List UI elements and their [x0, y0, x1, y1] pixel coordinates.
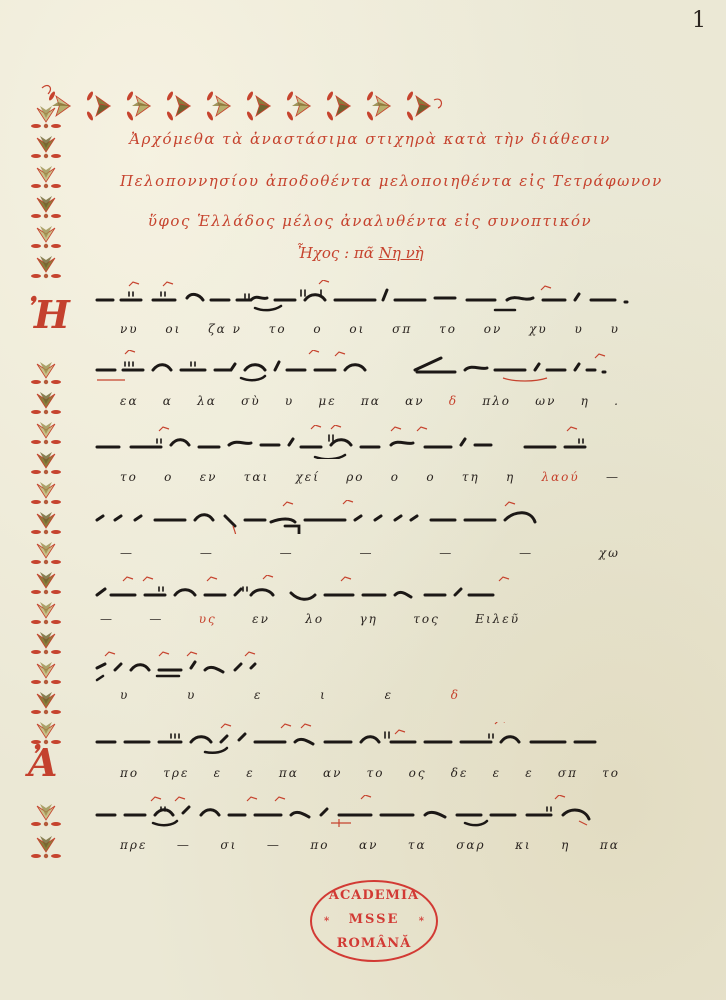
lyric-syllable: τρε [163, 766, 189, 780]
lyric-syllable: — [280, 546, 294, 560]
lyric-syllable: η [581, 394, 590, 408]
lyric-syllable: σπ [392, 322, 412, 336]
neume-line-1 [95, 280, 635, 314]
lyric-syllable: υ [574, 322, 583, 336]
lyric-syllable: — [267, 838, 281, 852]
lyric-syllable: σι [220, 838, 237, 852]
lyric-syllable: ε [385, 688, 393, 702]
echos-mode-line: Ἦχος : πᾶ Νη νὴ [250, 244, 470, 262]
lyric-syllable: ο [313, 322, 322, 336]
stamp-line-2: MSSE [312, 912, 436, 927]
lyrics-line-3: τοοενταιχείροοοτηηλαού— [120, 470, 620, 484]
lyric-syllable: εν [252, 612, 270, 626]
lyric-syllable: ο [391, 470, 400, 484]
lyric-syllable: τη [462, 470, 480, 484]
neume-line-2 [95, 350, 635, 384]
lyric-syllable: — [439, 546, 453, 560]
decorated-initial-2: Ἀ [28, 740, 57, 785]
lyric-syllable: αν [405, 394, 424, 408]
lyric-syllable: ι [320, 688, 327, 702]
library-stamp: ACADEMIA * MSSE * ROMÂNĂ [310, 880, 438, 962]
lyrics-line-2: εααλασὺυμεπαανδπλοωνη. [120, 394, 620, 408]
lyric-syllable: πο [310, 838, 329, 852]
ornamental-top-border [30, 68, 445, 124]
lyric-syllable: Ειλεῦ [475, 612, 520, 626]
lyric-syllable: ε [493, 766, 501, 780]
lyric-syllable: α [163, 394, 173, 408]
folio-number: 1 [692, 8, 706, 33]
lyric-syllable: η [506, 470, 515, 484]
lyric-syllable: αν [359, 838, 378, 852]
lyric-syllable: υ [285, 394, 294, 408]
stamp-line-3: ROMÂNĂ [312, 936, 436, 951]
lyrics-line-5: ——υςενλογητοςΕιλεῦ [100, 612, 520, 626]
lyric-syllable: — [120, 546, 134, 560]
lyric-syllable: δ [451, 688, 460, 702]
lyric-syllable: — [100, 612, 114, 626]
neume-line-5 [95, 575, 635, 609]
manuscript-page: 1 [0, 0, 726, 1000]
lyric-syllable: γη [359, 612, 377, 626]
lyric-syllable: ο [164, 470, 173, 484]
lyric-syllable: ε [525, 766, 533, 780]
lyric-syllable: το [602, 766, 620, 780]
lyric-syllable: χεί [295, 470, 319, 484]
echos-note: Νη νὴ [379, 244, 424, 262]
neume-line-3 [95, 425, 635, 459]
stamp-star-right: * [419, 916, 424, 927]
lyrics-line-1: νυοιζα ντοοοισπτοονχυυυ [120, 322, 620, 336]
echos-label: Ἦχος : [296, 244, 349, 262]
lyric-syllable: ο [426, 470, 435, 484]
lyric-syllable: τα [408, 838, 427, 852]
lyric-syllable: ε [214, 766, 222, 780]
rubric-line-1: Ἀρχόμεθα τὰ ἀναστάσιμα στιχηρὰ κατὰ τὴν … [120, 130, 620, 148]
lyric-syllable: το [269, 322, 287, 336]
lyric-syllable: υ [611, 322, 620, 336]
lyric-syllable: υ [120, 688, 129, 702]
lyric-syllable: ρο [346, 470, 364, 484]
lyric-syllable: το [367, 766, 385, 780]
lyric-syllable: ζα ν [208, 322, 242, 336]
lyric-syllable: οι [165, 322, 181, 336]
lyric-syllable: πλο [482, 394, 511, 408]
lyric-syllable: πα [361, 394, 381, 408]
neume-line-4 [95, 500, 635, 534]
lyric-syllable: δε [451, 766, 469, 780]
lyric-syllable: πρε [120, 838, 147, 852]
lyric-syllable: ον [484, 322, 503, 336]
lyric-syllable: με [318, 394, 336, 408]
lyric-syllable: λα [197, 394, 217, 408]
lyric-syllable: αν [323, 766, 342, 780]
lyric-syllable: λο [305, 612, 324, 626]
lyrics-line-6: υυειεδ [120, 688, 460, 702]
lyric-syllable: ων [535, 394, 556, 408]
lyric-syllable: χυ [529, 322, 548, 336]
lyric-syllable: δ [449, 394, 458, 408]
lyric-syllable: — [177, 838, 191, 852]
lyric-syllable: ται [244, 470, 269, 484]
neume-line-6 [95, 650, 275, 684]
lyric-syllable: ος [409, 766, 427, 780]
lyric-syllable: λαού [541, 470, 579, 484]
lyric-syllable: εν [200, 470, 218, 484]
lyric-syllable: πα [279, 766, 299, 780]
lyric-syllable: το [120, 470, 138, 484]
echos-mark: πᾶ [354, 244, 374, 262]
lyric-syllable: υ [187, 688, 196, 702]
lyric-syllable: — [606, 470, 620, 484]
lyric-syllable: — [200, 546, 214, 560]
lyric-syllable: ε [254, 688, 262, 702]
lyric-syllable: ε [246, 766, 254, 780]
lyric-syllable: . [614, 394, 620, 408]
lyrics-line-4: ——————χω [120, 546, 620, 560]
neume-line-8 [95, 795, 635, 829]
lyric-syllable: πα [600, 838, 620, 852]
lyric-syllable: νυ [120, 322, 139, 336]
lyric-syllable: το [439, 322, 457, 336]
lyrics-line-7: ποτρεεεπααντοοςδεεεσπτο [120, 766, 620, 780]
lyric-syllable: σπ [558, 766, 578, 780]
lyric-syllable: — [519, 546, 533, 560]
decorated-initial-1: Ἠ [28, 292, 70, 337]
rubric-line-3: ὕφος Ἑλλάδος μέλος ἀναλυθέντα εἰς συνοπτ… [120, 212, 620, 230]
lyric-syllable: σὺ [241, 394, 261, 408]
lyric-syllable: — [359, 546, 373, 560]
lyric-syllable: η [561, 838, 570, 852]
lyric-syllable: σαρ [456, 838, 485, 852]
lyric-syllable: πο [120, 766, 139, 780]
lyric-syllable: οι [349, 322, 365, 336]
neume-line-7 [95, 722, 635, 756]
lyric-syllable: κι [515, 838, 532, 852]
stamp-line-1: ACADEMIA [312, 888, 436, 903]
rubric-line-2: Πελοποννησίου ἀποδοθέντα μελοποιηθέντα ε… [120, 172, 620, 190]
lyric-syllable: τος [413, 612, 440, 626]
lyrics-line-8: πρε—σι—ποαντασαρκιηπα [120, 838, 620, 852]
lyric-syllable: εα [120, 394, 139, 408]
lyric-syllable: χω [599, 546, 620, 560]
lyric-syllable: υς [199, 612, 217, 626]
lyric-syllable: — [149, 612, 163, 626]
